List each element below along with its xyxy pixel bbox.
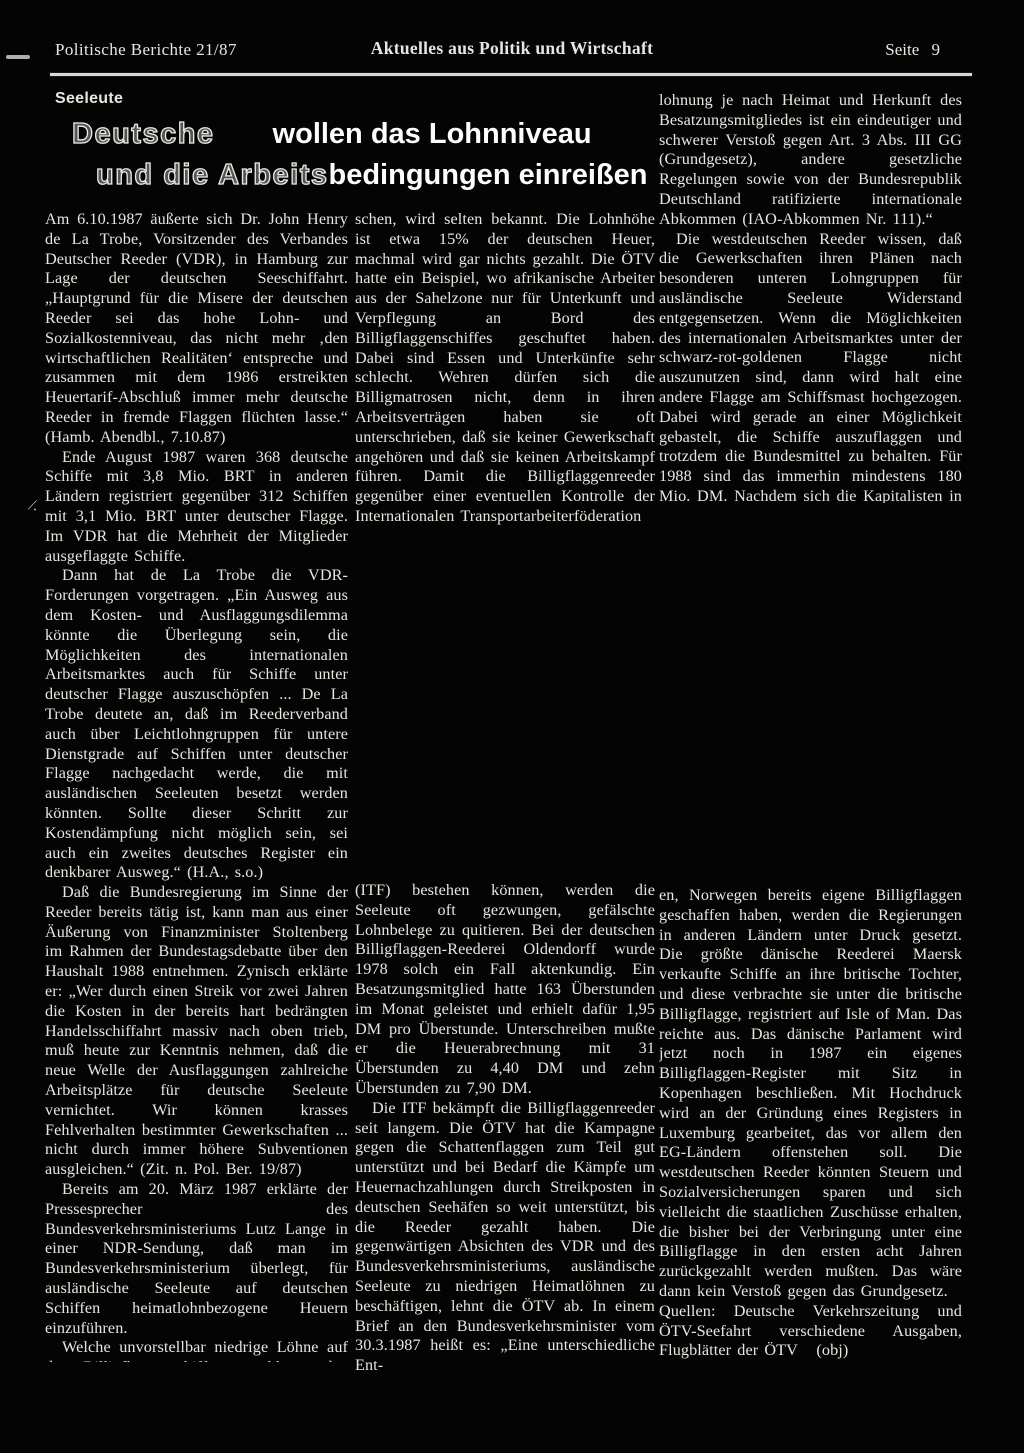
article-paragraph: (ITF) bestehen können, werden die Seeleu… xyxy=(355,881,655,1099)
article-column-1: Am 6.10.1987 äußerte sich Dr. John Henry… xyxy=(45,210,348,1362)
article-paragraph: Die westdeutschen Reeder wissen, daß die… xyxy=(659,230,962,503)
article-column-2-upper: schen, wird selten bekannt. Die Lohnhöhe… xyxy=(355,210,655,552)
masthead-rule xyxy=(50,73,972,76)
article-column-2-lower: (ITF) bestehen können, werden die Seeleu… xyxy=(355,881,655,1373)
article-kicker: Seeleute xyxy=(55,90,123,108)
article-paragraph: Die ITF bekämpft die Billigflaggenreeder… xyxy=(355,1099,655,1373)
article-paragraph: schen, wird selten bekannt. Die Lohnhöhe… xyxy=(355,210,655,527)
article-paragraph: Ende August 1987 waren 368 deutsche Schi… xyxy=(45,448,348,567)
article-paragraph: lohnung je nach Heimat und Herkunft des … xyxy=(659,91,962,230)
article-paragraph: Bereits am 20. März 1987 erklärte der Pr… xyxy=(45,1180,348,1338)
article-column-3-lower: en, Norwegen bereits eigene Billigflagge… xyxy=(659,886,962,1366)
article-paragraph: Daß die Bundesregierung im Sinne der Ree… xyxy=(45,883,348,1180)
headline-solid-text: bedingungen einreißen xyxy=(329,159,648,191)
scan-artifact xyxy=(6,55,30,59)
article-paragraph: Welche unvorstellbar niedrige Löhne auf … xyxy=(45,1338,348,1362)
headline-solid-text: wollen das Lohnniveau xyxy=(273,118,592,150)
article-paragraph: en, Norwegen bereits eigene Billigflagge… xyxy=(659,886,962,1302)
headline-line-2: und die Arbeitsbedingungen einreißen xyxy=(96,155,657,196)
article-paragraph: Am 6.10.1987 äußerte sich Dr. John Henry… xyxy=(45,210,348,448)
section-title: Aktuelles aus Politik und Wirtschaft xyxy=(0,38,1024,59)
article-paragraph: Dann hat de La Trobe die VDR-Forderungen… xyxy=(45,566,348,883)
article-column-3-upper: lohnung je nach Heimat und Herkunft des … xyxy=(659,91,962,503)
scanned-newspaper-page: Politische Berichte 21/87 Aktuelles aus … xyxy=(0,0,1024,1453)
article-headline: Deutschewollen das Lohnniveau und die Ar… xyxy=(72,114,657,196)
page-number: Seite 9 xyxy=(885,40,940,60)
headline-outline-word: Deutsche xyxy=(72,118,215,150)
article-paragraph source-credit: Quellen: Deutsche Verkehrszeitung und ÖT… xyxy=(659,1302,962,1361)
headline-line-1: Deutschewollen das Lohnniveau xyxy=(72,114,657,155)
handwritten-margin-mark: ⁄. xyxy=(30,498,39,516)
headline-outline-word: und die Arbeits xyxy=(96,159,329,191)
